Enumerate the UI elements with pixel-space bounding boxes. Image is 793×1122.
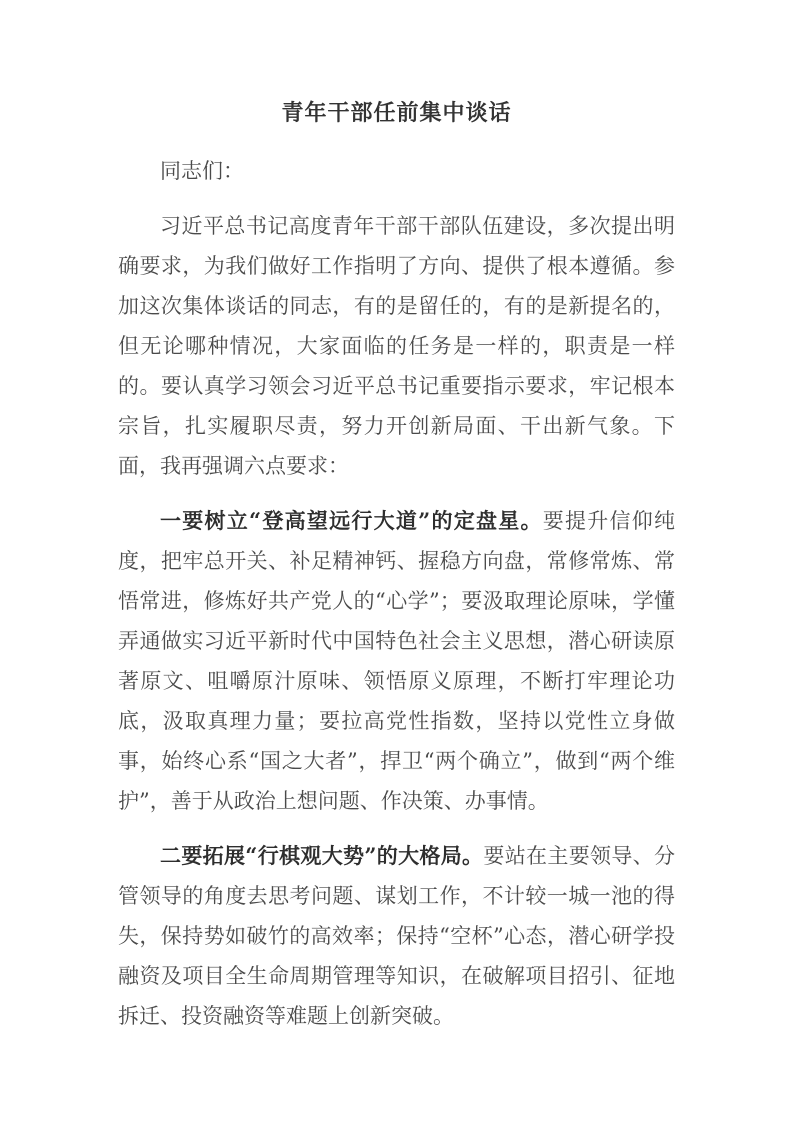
salutation: 同志们： (118, 151, 675, 191)
document-page: 青年干部任前集中谈话 同志们： 习近平总书记高度青年干部干部队伍建设，多次提出明… (0, 0, 793, 1122)
paragraph-point-2-text: 要站在主要领导、分管领导的角度去思考问题、谋划工作，不计较一城一池的得失，保持势… (118, 844, 675, 1028)
paragraph-intro: 习近平总书记高度青年干部干部队伍建设，多次提出明确要求，为我们做好工作指明了方向… (118, 206, 675, 486)
document-title: 青年干部任前集中谈话 (118, 97, 675, 129)
paragraph-point-2: 二要拓展“行棋观大势”的大格局。要站在主要领导、分管领导的角度去思考问题、谋划工… (118, 836, 675, 1036)
paragraph-point-1: 一要树立“登高望远行大道”的定盘星。要提升信仰纯度，把牢总开关、补足精神钙、握稳… (118, 501, 675, 821)
paragraph-point-2-lead: 二要拓展“行棋观大势”的大格局。 (160, 843, 483, 868)
paragraph-point-1-text: 要提升信仰纯度，把牢总开关、补足精神钙、握稳方向盘，常修常炼、常悟常进，修炼好共… (118, 509, 675, 813)
paragraph-point-1-lead: 一要树立“登高望远行大道”的定盘星。 (160, 508, 543, 533)
paragraph-intro-text: 习近平总书记高度青年干部干部队伍建设，多次提出明确要求，为我们做好工作指明了方向… (118, 214, 675, 478)
